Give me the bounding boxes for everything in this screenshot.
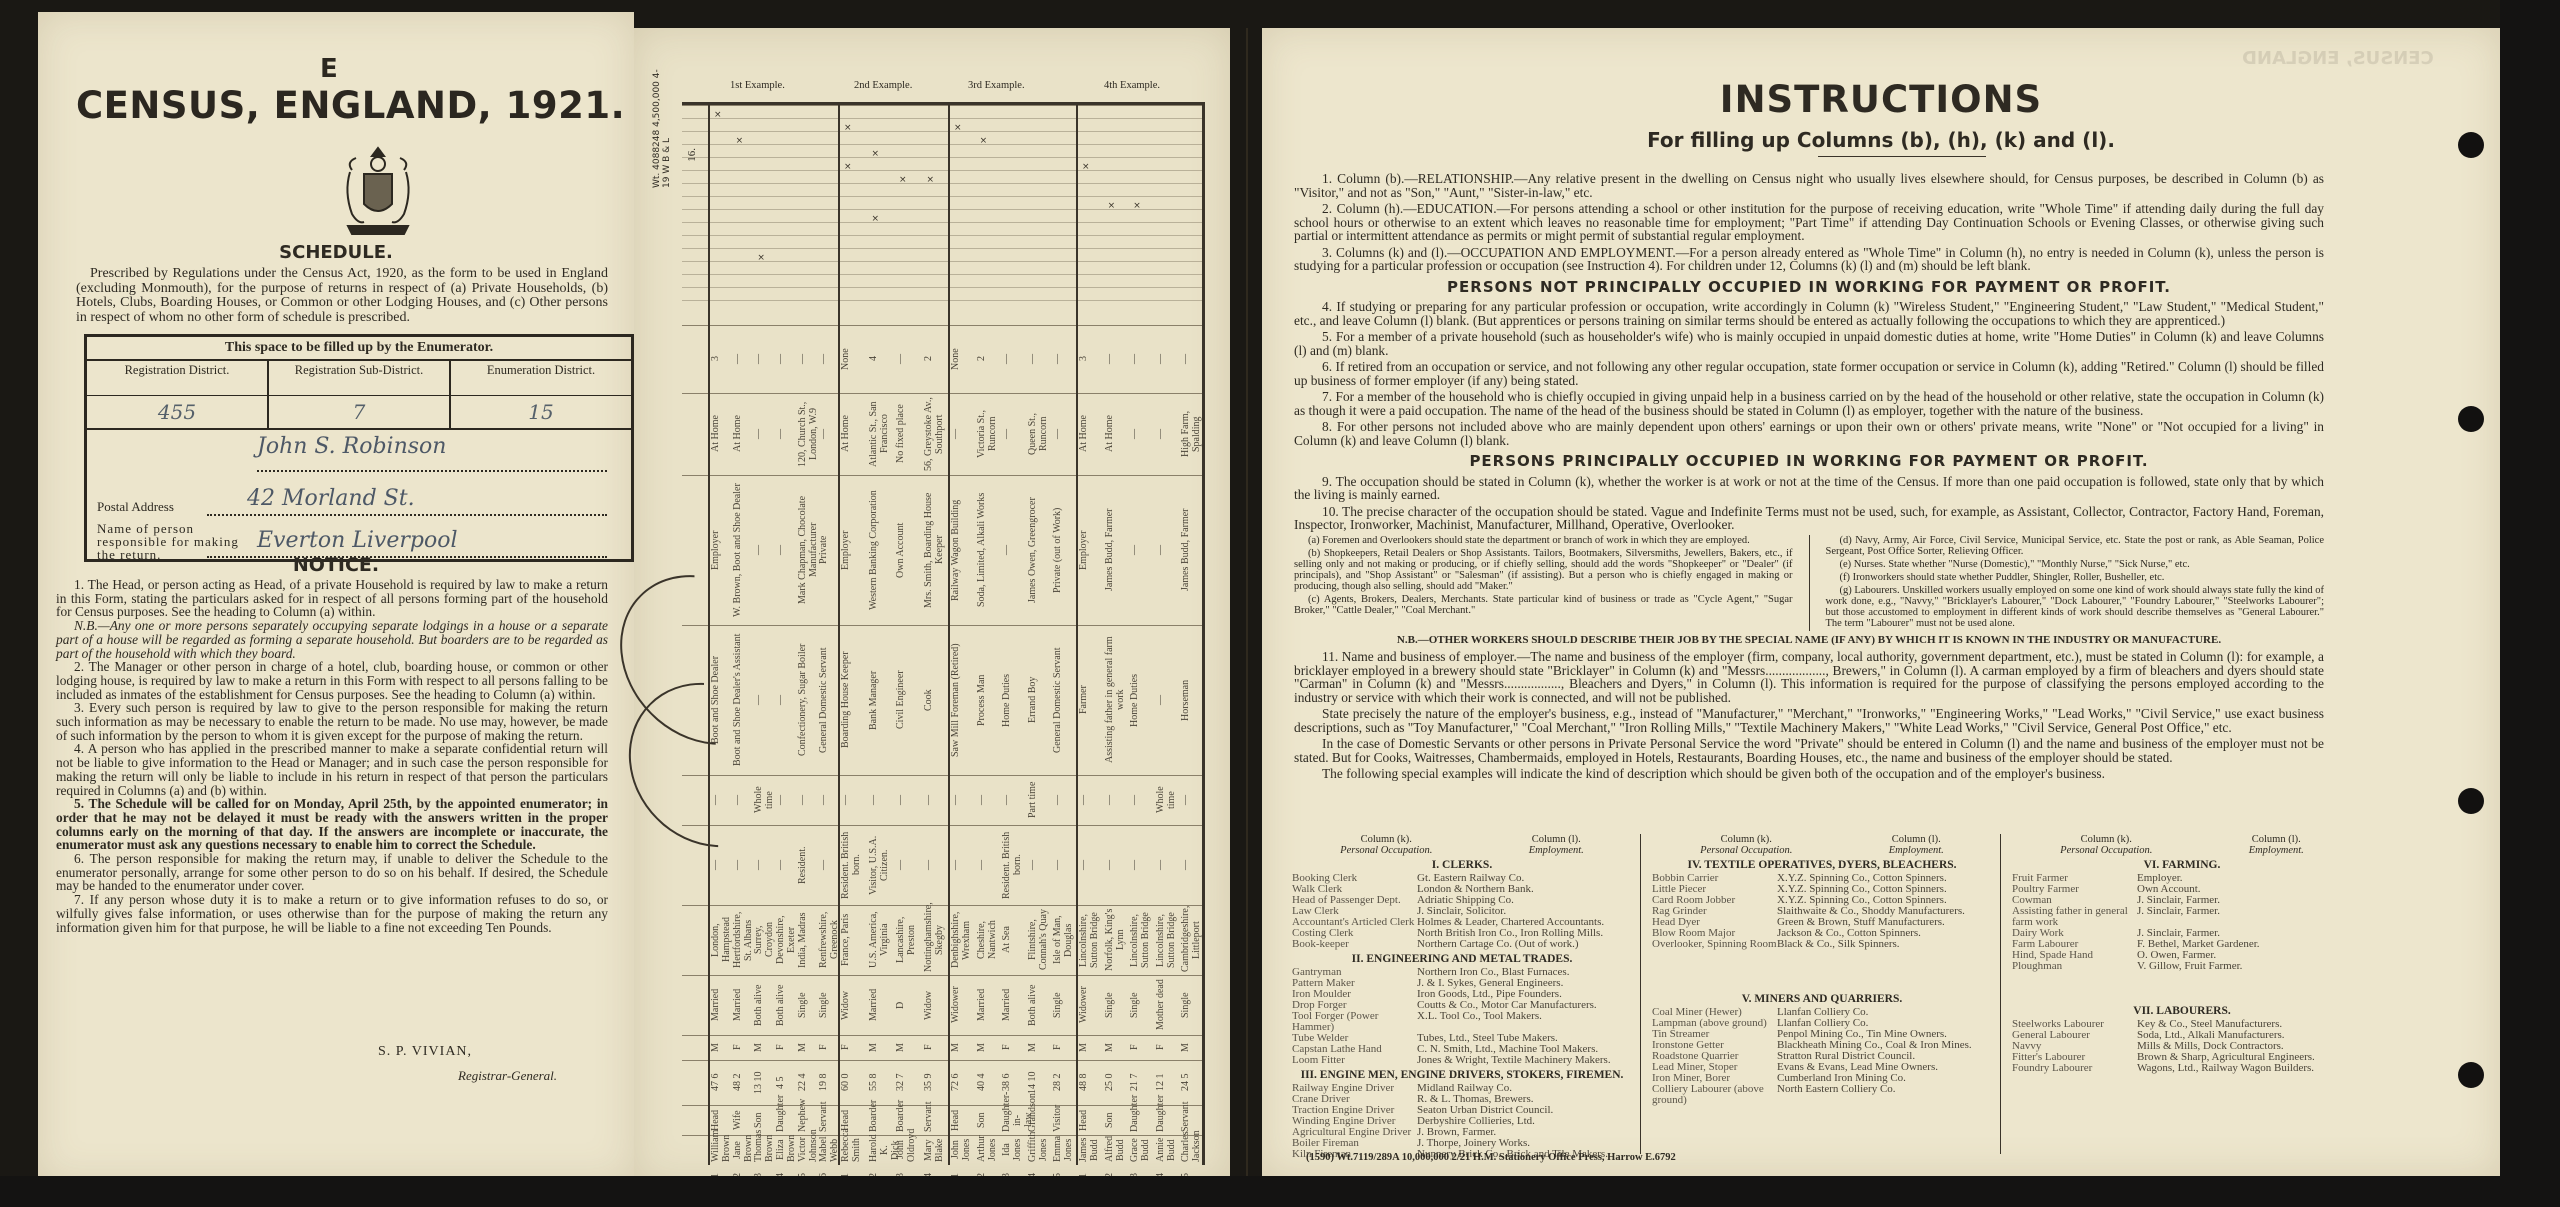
- example-cell-rel: Daughter: [1129, 1108, 1152, 1132]
- example-cell-work: Queen St., Runcorn: [1027, 396, 1050, 472]
- example-cell-work: —: [775, 396, 794, 472]
- example-cell-occ: Cook: [923, 628, 948, 772]
- example-cell-sex: F: [1052, 1038, 1075, 1057]
- age-grid-rule: [682, 274, 1202, 275]
- example-cell-age: 47 6: [710, 1063, 729, 1102]
- scan-background: [0, 1176, 2560, 1207]
- example-cell-occ: —: [775, 628, 794, 772]
- example-cell-edu: —: [895, 778, 920, 822]
- age-mark-icon: ×: [1082, 162, 1090, 172]
- example-cell-children: —: [797, 328, 816, 390]
- example-cell-rel: Grandson: [1027, 1108, 1050, 1132]
- prescribed-text: Prescribed by Regulations under the Cens…: [76, 267, 608, 325]
- example-cell-marital: Single: [1180, 978, 1203, 1032]
- example-cell-nat: Resident.: [797, 828, 816, 902]
- examples-divider: [1640, 834, 1641, 1154]
- faded-mirror-heading: CENSUS, ENGLAND: [2242, 48, 2434, 69]
- example-cell-work: At Home: [710, 396, 729, 472]
- example-cell-emp: Soda, Limited, Alkali Works: [976, 478, 999, 622]
- enumerator-box-header: This space to be filled up by the Enumer…: [87, 337, 631, 361]
- example-cell-age: 35 9: [923, 1063, 948, 1102]
- address-line-2: Everton Liverpool: [257, 528, 458, 553]
- example-cell-work: —: [1129, 396, 1152, 472]
- example-cell-sex: F: [1155, 1038, 1178, 1057]
- example-cell-children: —: [775, 328, 794, 390]
- example-cell-name: Harold K. Dick: [868, 1138, 893, 1162]
- signature-title: Registrar-General.: [458, 1068, 557, 1084]
- examples-column-header: Column (k).Personal Occupation.Column (l…: [1652, 834, 1992, 856]
- examples-column: Column (k).Personal Occupation.Column (l…: [1652, 834, 1992, 1106]
- example-cell-marital: Single: [1052, 978, 1075, 1032]
- example-cell-rel: Boarder: [868, 1108, 893, 1132]
- example-cell-marital: Both alive: [775, 978, 794, 1032]
- instructions-title: INSTRUCTIONS: [1262, 78, 2500, 121]
- example-cell-emp: James Budd, Farmer: [1180, 478, 1203, 622]
- example-cell-name: Ida Jones: [1001, 1138, 1024, 1162]
- age-grid-rule: [682, 131, 1202, 132]
- example-cell-rel: Son: [976, 1108, 999, 1132]
- example-cell-rel: Servant: [818, 1108, 837, 1132]
- example-cell-children: 2: [923, 328, 948, 390]
- example-cell-birth: Isle of Man, Douglas: [1052, 908, 1075, 972]
- table-rule: [682, 1060, 1202, 1061]
- example-row: Assisting father in general farm workJ. …: [2012, 906, 2352, 928]
- punch-hole: [2458, 132, 2484, 158]
- example-cell-birth: Flintshire, Connah's Quay: [1027, 908, 1050, 972]
- example-cell-sex: M: [1180, 1038, 1203, 1057]
- example-cell-sex: M: [1104, 1038, 1127, 1057]
- example-cell-occ: Assisting father in general farm work: [1104, 628, 1127, 772]
- section-occupied: PERSONS PRINCIPALLY OCCUPIED IN WORKING …: [1294, 455, 2324, 469]
- enumeration-district-value: 15: [451, 396, 631, 428]
- example-schedule-table: 3At HomeEmployerBoot and Shoe Dealer——Lo…: [682, 102, 1205, 1165]
- example-cell-marital: Mother dead: [1155, 978, 1178, 1032]
- example-cell-nat: —: [818, 828, 837, 902]
- example-cell-nat: —: [1129, 828, 1152, 902]
- dotted-line: [207, 514, 607, 516]
- example-cell-nat: Resident. British born.: [840, 828, 865, 902]
- example-cell-sex: M: [868, 1038, 893, 1057]
- example-cell-work: —: [1052, 396, 1075, 472]
- age-grid-rule: [682, 170, 1202, 171]
- example-cell-marital: Single: [1129, 978, 1152, 1032]
- example-cell-nat: —: [753, 828, 772, 902]
- example-cell-name: Mary Blake: [923, 1138, 948, 1162]
- example-cell-nat: —: [895, 828, 920, 902]
- district-row: Registration District. 455 Registration …: [87, 361, 631, 430]
- table-rule: [682, 825, 1202, 826]
- example-cell-name: John Oldroyd: [895, 1138, 920, 1162]
- age-grid-rule: [682, 157, 1202, 158]
- example-cell-rel: Son: [1104, 1108, 1127, 1132]
- example-cell-edu: —: [1078, 778, 1101, 822]
- example-cell-children: None: [840, 328, 865, 390]
- example-cell-occ: Errand Boy: [1027, 628, 1050, 772]
- examples-column: Column (k).Personal Occupation.Column (l…: [1292, 834, 1632, 1160]
- age-mark-icon: ×: [736, 136, 744, 146]
- example-cell-rel: Son: [753, 1108, 772, 1132]
- example-cell-marital: Married: [732, 978, 751, 1032]
- age-grid-rule: [682, 196, 1202, 197]
- example-cell-birth: India, Madras: [797, 908, 816, 972]
- special-examples: Column (k).Personal Occupation.Column (l…: [1292, 834, 2332, 1174]
- example-cell-name: Eliza Brown: [775, 1138, 794, 1162]
- age-mark-icon: ×: [872, 149, 880, 159]
- example-cell-edu: —: [976, 778, 999, 822]
- scan-background: [2500, 0, 2560, 1207]
- example-section-title: III. ENGINE MEN, ENGINE DRIVERS, STOKERS…: [1292, 1070, 1632, 1081]
- age-grid-rule: [682, 183, 1202, 184]
- example-row: Overlooker, Spinning RoomBlack & Co., Si…: [1652, 939, 1992, 950]
- example-cell-birth: Lincolnshire, Sutton Bridge: [1078, 908, 1101, 972]
- age-mark-icon: ×: [757, 253, 765, 263]
- example-section-title: VII. LABOURERS.: [2012, 1006, 2352, 1017]
- example-cell-marital: Widower: [1078, 978, 1101, 1032]
- example-cell-children: 2: [976, 328, 999, 390]
- example-cell-nat: —: [923, 828, 948, 902]
- example-cell-name: Griffith Jones: [1027, 1138, 1050, 1162]
- example-cell-birth: Nottinghamshire, Skegby: [923, 908, 948, 972]
- age-mark-icon: ×: [872, 214, 880, 224]
- example-cell-emp: —: [753, 478, 772, 622]
- example-cell-sex: F: [840, 1038, 865, 1057]
- example-cell-emp: Employer: [840, 478, 865, 622]
- example-cell-rel: Head: [1078, 1108, 1101, 1132]
- example-section-title: IV. TEXTILE OPERATIVES, DYERS, BLEACHERS…: [1652, 860, 1992, 871]
- example-cell-sex: M: [753, 1038, 772, 1057]
- registration-sub-district-cell: Registration Sub-District. 7: [269, 361, 451, 428]
- age-mark-icon: ×: [714, 110, 722, 120]
- example-cell-birth: Renfrewshire, Greenock: [818, 908, 837, 972]
- example-cell-name: Charles Jackson: [1180, 1138, 1203, 1162]
- example-cell-children: —: [818, 328, 837, 390]
- example-cell-edu: —: [797, 778, 816, 822]
- examples-column: Column (k).Personal Occupation.Column (l…: [2012, 834, 2352, 1074]
- example-cell-age: 13 10: [753, 1063, 772, 1102]
- responsible-name: John S. Robinson: [257, 434, 446, 459]
- age-mark-icon: ×: [954, 123, 962, 133]
- example-cell-children: None: [950, 328, 973, 390]
- example-cell-marital: Married: [976, 978, 999, 1032]
- age-grid-rule: [682, 118, 1202, 119]
- example-cell-work: —: [818, 396, 837, 472]
- example-cell-birth: Surrey, Croydon: [753, 908, 772, 972]
- example-cell-work: 56, Greystoke Av., Southport: [923, 396, 948, 472]
- table-rule: [682, 975, 1202, 976]
- example-cell-age: 28 2: [1052, 1063, 1075, 1102]
- example-cell-name: Arthur Jones: [976, 1138, 999, 1162]
- enumeration-district-cell: Enumeration District. 15: [451, 361, 631, 428]
- example-cell-children: —: [1155, 328, 1178, 390]
- example-cell-emp: —: [1001, 478, 1024, 622]
- example-cell-work: Atlantic St., San Francisco: [868, 396, 893, 472]
- example-cell-edu: —: [868, 778, 893, 822]
- print-footer: (1590) Wt.7119/289A 10,000,000 2/21 H.M.…: [1306, 1152, 1676, 1163]
- example-cell-name: John Jones: [950, 1138, 973, 1162]
- example-cell-nat: —: [950, 828, 973, 902]
- example-cell-work: —: [950, 396, 973, 472]
- example-cell-birth: Denbighshire, Wrexham: [950, 908, 973, 972]
- example-cell-emp: Private (out of Work): [1052, 478, 1075, 622]
- example-cell-name: Jane Brown: [732, 1138, 751, 1162]
- example-cell-birth: Lancashire, Preston: [895, 908, 920, 972]
- example-cell-name: Grace Budd: [1129, 1138, 1152, 1162]
- example-cell-nat: —: [732, 828, 751, 902]
- example-cell-birth: London, Hampstead: [710, 908, 729, 972]
- age-mark-icon: ×: [927, 175, 935, 185]
- age-mark-icon: ×: [844, 123, 852, 133]
- age-grid-rule: [682, 222, 1202, 223]
- example-cell-age: 55 8: [868, 1063, 893, 1102]
- example-cell-sex: F: [775, 1038, 794, 1057]
- age-grid-rule: [682, 144, 1202, 145]
- example-cell-name: Mabel Webb: [818, 1138, 837, 1162]
- example-row: PloughmanV. Gillow, Fruit Farmer.: [2012, 961, 2352, 972]
- schedule-heading: SCHEDULE.: [38, 242, 634, 263]
- example-cell-nat: Visitor, U.S.A. Citizen.: [868, 828, 893, 902]
- census-title: CENSUS, ENGLAND, 1921.: [76, 84, 636, 127]
- example-row: Foundry LabourerWagons, Ltd., Railway Wa…: [2012, 1063, 2352, 1074]
- example-cell-name: William Brown: [710, 1138, 729, 1162]
- example-cell-work: —: [1001, 396, 1024, 472]
- example-cell-work: Victoria St., Runcorn: [976, 396, 999, 472]
- example-cell-sex: M: [976, 1038, 999, 1057]
- example-cell-rel: Servant: [923, 1108, 948, 1132]
- example-cell-sex: F: [1129, 1038, 1152, 1057]
- example-cell-rel: Daughter: [775, 1108, 794, 1132]
- example-section-title: V. MINERS AND QUARRIERS.: [1652, 994, 1992, 1005]
- example-cell-children: —: [1052, 328, 1075, 390]
- example-cell-occ: Home Duties: [1129, 628, 1152, 772]
- example-cell-occ: Horseman: [1180, 628, 1203, 772]
- example-cell-rel: Daughter: [1155, 1108, 1178, 1132]
- example-cell-emp: —: [775, 478, 794, 622]
- example-cell-marital: Single: [818, 978, 837, 1032]
- example-cell-work: 120, Church St., London, W.9: [797, 396, 816, 472]
- example-cell-emp: W. Brown, Boot and Shoe Dealer: [732, 478, 751, 622]
- example-cell-edu: —: [923, 778, 948, 822]
- example-cell-marital: Married: [1001, 978, 1024, 1032]
- example-cell-nat: —: [775, 828, 794, 902]
- example-cell-nat: —: [1027, 828, 1050, 902]
- example-headings: 1st Example. 2nd Example. 3rd Example. 4…: [714, 80, 1234, 100]
- example-cell-occ: General Domestic Servant: [1052, 628, 1075, 772]
- notice-heading: NOTICE.: [38, 554, 634, 576]
- example-cell-birth: Devonshire, Exeter: [775, 908, 794, 972]
- age-mark-icon: ×: [844, 162, 852, 172]
- example-cell-occ: —: [753, 628, 772, 772]
- example-cell-children: —: [1001, 328, 1024, 390]
- enumerator-box: This space to be filled up by the Enumer…: [84, 334, 634, 562]
- example-cell-occ: Boot and Shoe Dealer: [710, 628, 729, 772]
- example-cell-sex: M: [710, 1038, 729, 1057]
- example-cell-occ: —: [1155, 628, 1178, 772]
- example-cell-emp: Mark Chapman, Chocolate Manufacturer: [797, 478, 816, 622]
- example-cell-name: Emma Jones: [1052, 1138, 1075, 1162]
- example-cell-nat: —: [1155, 828, 1178, 902]
- example-cell-sex: F: [1001, 1038, 1024, 1057]
- example-cell-marital: Widower: [950, 978, 973, 1032]
- punch-hole: [2458, 406, 2484, 432]
- table-rule: [682, 475, 1202, 476]
- example-cell-marital: D: [895, 978, 920, 1032]
- example-cell-nat: —: [1104, 828, 1127, 902]
- example-cell-rel: Wife: [732, 1108, 751, 1132]
- table-rule: [682, 393, 1202, 394]
- example-cell-rel: Head: [710, 1108, 729, 1132]
- example-cell-marital: Single: [797, 978, 816, 1032]
- example-cell-edu: —: [1001, 778, 1024, 822]
- example-cell-edu: Whole time: [1155, 778, 1178, 822]
- example-cell-nat: —: [976, 828, 999, 902]
- example-cell-work: —: [753, 396, 772, 472]
- example-cell-birth: Norfolk, King's Lynn: [1104, 908, 1127, 972]
- example-cell-occ: Saw Mill Foreman (Retired): [950, 628, 973, 772]
- example-cell-work: At Home: [840, 396, 865, 472]
- example-cell-sex: F: [923, 1038, 948, 1057]
- example-cell-rel: Head: [950, 1108, 973, 1132]
- example-cell-edu: —: [1180, 778, 1203, 822]
- example-cell-sex: F: [818, 1038, 837, 1057]
- address-line-1: 42 Morland St.: [247, 486, 415, 511]
- example-cell-name: Thomas Brown: [753, 1138, 772, 1162]
- example-cell-emp: Employer: [1078, 478, 1101, 622]
- address-label: Postal Address: [97, 500, 174, 513]
- example-cell-age: 19 8: [818, 1063, 837, 1102]
- example-cell-work: At Home: [732, 396, 751, 472]
- examples-divider: [2000, 834, 2001, 1154]
- example-row: Colliery Labourer (above ground)North Ea…: [1652, 1084, 1992, 1106]
- example-cell-birth: Hertfordshire, St. Albans: [732, 908, 751, 972]
- example-cell-name: Alfred Budd: [1104, 1138, 1127, 1162]
- example-cell-age: 22 4: [797, 1063, 816, 1102]
- age-mark-icon: ×: [1108, 201, 1116, 211]
- example-cell-edu: —: [732, 778, 751, 822]
- age-grid-rule: [682, 287, 1202, 288]
- example-cell-emp: —: [1129, 478, 1152, 622]
- example-cell-name: Annie Budd: [1155, 1138, 1178, 1162]
- dotted-line: [257, 470, 607, 472]
- registration-district-value: 455: [87, 396, 267, 428]
- occupation-categories: (a) Foremen and Overlookers should state…: [1294, 535, 2324, 631]
- table-rule: [682, 775, 1202, 776]
- example-cell-birth: Cheshire, Nantwich: [976, 908, 999, 972]
- example-section-title: VI. FARMING.: [2012, 860, 2352, 871]
- age-grid-rule: [682, 248, 1202, 249]
- example-cell-age: 48 8: [1078, 1063, 1101, 1102]
- example-cell-marital: Widow: [840, 978, 865, 1032]
- instructions-subtitle: For filling up Columns (b), (h), (k) and…: [1262, 128, 2500, 152]
- example-cell-age: 32 7: [895, 1063, 920, 1102]
- example-cell-marital: Married: [710, 978, 729, 1032]
- example-cell-work: No fixed place: [895, 396, 920, 472]
- example-row: Loom FitterJones & Wright, Textile Machi…: [1292, 1055, 1632, 1066]
- schedule-cover-page: E CENSUS, ENGLAND, 1921. SCHEDULE. Presc…: [38, 12, 634, 1182]
- example-cell-rel: Visitor: [1052, 1108, 1075, 1132]
- example-cell-nat: —: [1052, 828, 1075, 902]
- example-cell-emp: Railway Wagon Building: [950, 478, 973, 622]
- example-cell-emp: Private: [818, 478, 837, 622]
- example-cell-work: At Home: [1104, 396, 1127, 472]
- instructions-page: CENSUS, ENGLAND INSTRUCTIONS For filling…: [1262, 28, 2500, 1176]
- example-cell-edu: —: [710, 778, 729, 822]
- example-cell-age: 60 0: [840, 1063, 865, 1102]
- example-row: Tool Forger (Power Hammer)X.L. Tool Co.,…: [1292, 1011, 1632, 1033]
- example-cell-emp: Mrs. Smith, Boarding House Keeper: [923, 478, 948, 622]
- example-cell-emp: —: [1155, 478, 1178, 622]
- table-rule: [682, 1105, 1202, 1106]
- example-cell-occ: Confectionery, Sugar Boiler: [797, 628, 816, 772]
- example-cell-edu: —: [775, 778, 794, 822]
- age-mark-icon: ×: [899, 175, 907, 185]
- example-cell-edu: —: [818, 778, 837, 822]
- example-cell-birth: France, Paris: [840, 908, 865, 972]
- table-rule: [682, 905, 1202, 906]
- example-cell-occ: Civil Engineer: [895, 628, 920, 772]
- instructions-body: 1. Column (b).—RELATIONSHIP.—Any relativ…: [1294, 172, 2324, 784]
- example-cell-birth: Lincolnshire, Sutton Bridge: [1155, 908, 1178, 972]
- age-grid-rule: [682, 300, 1202, 301]
- example-cell-occ: Boarding House Keeper: [840, 628, 865, 772]
- example-cell-emp: Own Account: [895, 478, 920, 622]
- example-cell-edu: —: [1052, 778, 1075, 822]
- example-cell-sex: M: [1078, 1038, 1101, 1057]
- example-section-title: II. ENGINEERING AND METAL TRADES.: [1292, 954, 1632, 965]
- example-cell-sex: M: [895, 1038, 920, 1057]
- table-rule: [682, 325, 1202, 326]
- example-cell-marital: Both alive: [753, 978, 772, 1032]
- example-cell-children: —: [1104, 328, 1127, 390]
- example-cell-birth: At Sea: [1001, 908, 1024, 972]
- page-fold: [1246, 28, 1248, 1176]
- example-cell-sex: M: [797, 1038, 816, 1057]
- example-cell-work: At Home: [1078, 396, 1101, 472]
- example-cell-age: 24 5: [1180, 1063, 1203, 1102]
- form-letter: E: [320, 54, 338, 84]
- age-mark-icon: ×: [980, 136, 988, 146]
- example-cell-name: James Budd: [1078, 1138, 1101, 1162]
- example-cell-edu: —: [1129, 778, 1152, 822]
- example-cell-emp: James Budd, Farmer: [1104, 478, 1127, 622]
- example-cell-children: 3: [1078, 328, 1101, 390]
- example-cell-occ: General Domestic Servant: [818, 628, 837, 772]
- nb-other-workers: N.B.—OTHER WORKERS SHOULD DESCRIBE THEIR…: [1294, 634, 2324, 648]
- example-cell-emp: Employer: [710, 478, 729, 622]
- examples-column-header: Column (k).Personal Occupation.Column (l…: [1292, 834, 1632, 856]
- example-cell-children: —: [895, 328, 920, 390]
- example-cell-children: —: [1129, 328, 1152, 390]
- registration-district-cell: Registration District. 455: [87, 361, 269, 428]
- age-mark-icon: ×: [1133, 201, 1141, 211]
- printer-code: Wt. 4088248 4,500,000 4-19 W B & L: [652, 58, 678, 188]
- example-cell-marital: Both alive: [1027, 978, 1050, 1032]
- table-rule: [682, 625, 1202, 626]
- example-cell-edu: —: [950, 778, 973, 822]
- example-cell-edu: —: [840, 778, 865, 822]
- example-section-title: I. CLERKS.: [1292, 860, 1632, 871]
- age-grid-rule: [682, 209, 1202, 210]
- royal-coat-of-arms-icon: [338, 142, 418, 242]
- example-cell-children: —: [732, 328, 751, 390]
- section-not-occupied: PERSONS NOT PRINCIPALLY OCCUPIED IN WORK…: [1294, 281, 2324, 295]
- punch-hole: [2458, 788, 2484, 814]
- example-cell-children: —: [1027, 328, 1050, 390]
- example-cell-edu: Whole time: [753, 778, 772, 822]
- example-cell-work: High Farm, Spalding: [1180, 396, 1203, 472]
- example-cell-marital: Single: [1104, 978, 1127, 1032]
- example-cell-nat: Resident. British born.: [1001, 828, 1024, 902]
- table-rule: [682, 105, 1202, 106]
